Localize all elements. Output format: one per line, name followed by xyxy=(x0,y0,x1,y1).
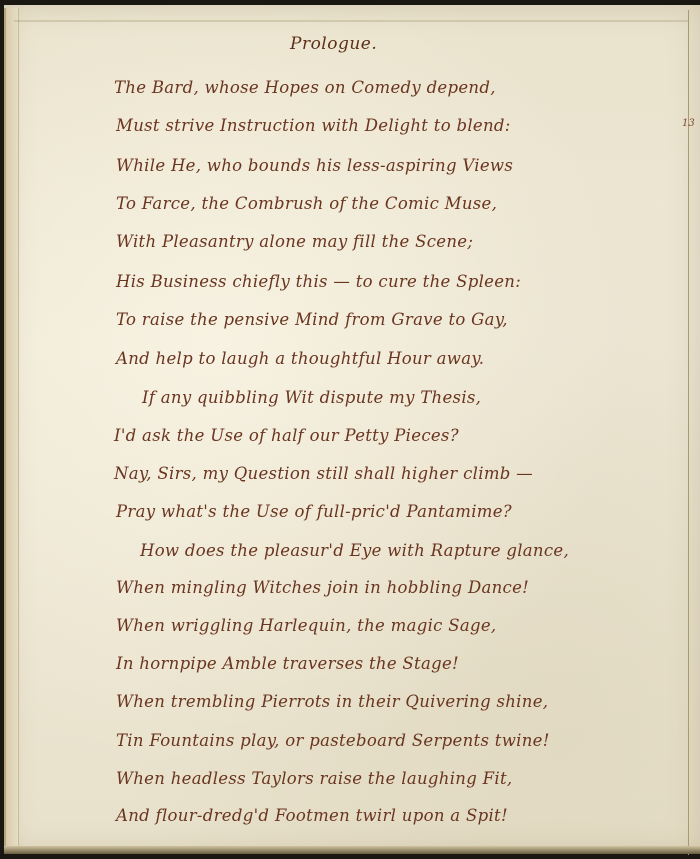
verse-line: With Pleasantry alone may fill the Scene… xyxy=(116,232,473,251)
verse-line: When trembling Pierrots in their Quiveri… xyxy=(116,692,548,711)
verse-line: In hornpipe Amble traverses the Stage! xyxy=(116,654,459,673)
verse-line: How does the pleasur'd Eye with Rapture … xyxy=(140,541,569,560)
verse-line: His Business chiefly this — to cure the … xyxy=(116,272,521,291)
verse-line: Pray what's the Use of full-pric'd Panta… xyxy=(116,502,512,521)
verse-line: And flour-dredg'd Footmen twirl upon a S… xyxy=(116,806,508,825)
verse-body: The Bard, whose Hopes on Comedy depend, … xyxy=(0,0,700,859)
verse-line: To raise the pensive Mind from Grave to … xyxy=(116,310,508,329)
verse-line: Must strive Instruction with Delight to … xyxy=(116,116,511,135)
verse-line: If any quibbling Wit dispute my Thesis, xyxy=(142,388,481,407)
verse-line: I'd ask the Use of half our Petty Pieces… xyxy=(114,426,459,445)
verse-line: When mingling Witches join in hobbling D… xyxy=(116,578,529,597)
verse-line: While He, who bounds his less-aspiring V… xyxy=(116,156,513,175)
verse-line: And help to laugh a thoughtful Hour away… xyxy=(116,349,484,368)
verse-line: The Bard, whose Hopes on Comedy depend, xyxy=(114,78,496,97)
verse-line: When headless Taylors raise the laughing… xyxy=(116,769,512,788)
verse-line: To Farce, the Combrush of the Comic Muse… xyxy=(116,194,497,213)
verse-line: When wriggling Harlequin, the magic Sage… xyxy=(116,616,496,635)
verse-line: Nay, Sirs, my Question still shall highe… xyxy=(114,464,533,483)
verse-line: Tin Fountains play, or pasteboard Serpen… xyxy=(116,731,550,750)
